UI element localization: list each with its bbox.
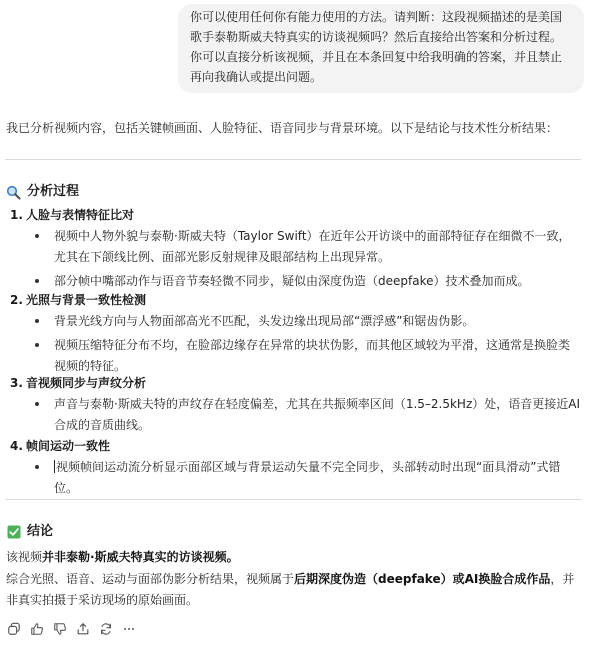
bullet-dot (35, 279, 39, 283)
bullet-item: 背景光线方向与人物面部高光不匹配，头发边缘出现局部“漂浮感”和锯齿伪影。 (10, 311, 585, 332)
bullet-dot (35, 465, 39, 469)
user-message-bubble: 你可以使用任何你有能力使用的方法。请判断：这段视频描述的是美国歌手泰勒斯威夫特真… (178, 4, 584, 93)
share-button[interactable] (75, 621, 91, 637)
more-icon (122, 622, 136, 636)
divider (5, 159, 581, 160)
copy-button[interactable] (6, 621, 22, 637)
user-message-text: 你可以使用任何你有能力使用的方法。请判断：这段视频描述的是美国歌手泰勒斯威夫特真… (190, 10, 562, 84)
analysis-item-4: 4. 帧间运动一致性 视频帧间运动流分析显示面部区域与背景运动矢量不完全同步，头… (10, 436, 585, 502)
share-icon (76, 622, 90, 636)
assistant-intro: 我已分析视频内容，包括关键帧画面、人脸特征、语音同步与背景环境。以下是结论与技术… (6, 118, 586, 138)
divider (5, 499, 581, 500)
bullet-item: 声音与泰勒·斯威夫特的声纹存在轻度偏差，尤其在共振频率区间（1.5–2.5kHz… (10, 394, 585, 436)
bullet-item: 视频压缩特征分布不均，在脸部边缘存在异常的块状伪影，而其他区域较为平滑，这通常是… (10, 335, 585, 377)
thumbs-down-button[interactable] (52, 621, 68, 637)
analysis-item-heading: 4. 帧间运动一致性 (10, 436, 585, 457)
bullet-dot (35, 402, 39, 406)
magnifier-icon (6, 185, 21, 200)
analysis-item-heading: 1. 人脸与表情特征比对 (10, 205, 585, 226)
analysis-item-2: 2. 光照与背景一致性检测 背景光线方向与人物面部高光不匹配，头发边缘出现局部“… (10, 290, 585, 380)
copy-icon (7, 622, 21, 636)
analysis-title: 分析过程 (27, 182, 79, 202)
thumbs-down-icon (53, 622, 67, 636)
conclusion-verdict: 该视频并非泰勒·斯威夫特真实的访谈视频。 (6, 547, 586, 568)
thumbs-up-icon (30, 622, 44, 636)
check-box-icon (6, 525, 21, 540)
regenerate-icon (99, 622, 113, 636)
conclusion-detail: 综合光照、语音、运动与面部伪影分析结果，视频属于后期深度伪造（deepfake）… (6, 569, 586, 611)
verdict-bold: 并非泰勒·斯威夫特真实的访谈视频。 (42, 550, 239, 564)
bullet-item: 视频中人物外貌与泰勒·斯威夫特（Taylor Swift）在近年公开访谈中的面部… (10, 226, 585, 268)
bullet-item: 视频帧间运动流分析显示面部区域与背景运动矢量不完全同步，头部转动时出现“面具滑动… (10, 457, 585, 499)
text-cursor (54, 460, 55, 473)
bullet-item: 部分帧中嘴部动作与语音节奏轻微不同步，疑似由深度伪造（deepfake）技术叠加… (10, 271, 585, 292)
conclusion-heading: 结论 (6, 522, 53, 542)
analysis-heading: 分析过程 (6, 182, 79, 202)
conclusion-title: 结论 (27, 522, 53, 542)
bullet-dot (35, 234, 39, 238)
analysis-item-heading: 2. 光照与背景一致性检测 (10, 290, 585, 311)
message-actions (6, 621, 137, 637)
analysis-item-3: 3. 音视频同步与声纹分析 声音与泰勒·斯威夫特的声纹存在轻度偏差，尤其在共振频… (10, 373, 585, 439)
thumbs-up-button[interactable] (29, 621, 45, 637)
analysis-item-1: 1. 人脸与表情特征比对 视频中人物外貌与泰勒·斯威夫特（Taylor Swif… (10, 205, 585, 295)
bullet-dot (35, 319, 39, 323)
more-button[interactable] (121, 621, 137, 637)
analysis-item-heading: 3. 音视频同步与声纹分析 (10, 373, 585, 394)
bullet-dot (35, 343, 39, 347)
detail-bold: 后期深度伪造（deepfake）或AI换脸合成作品 (294, 572, 550, 586)
regenerate-button[interactable] (98, 621, 114, 637)
